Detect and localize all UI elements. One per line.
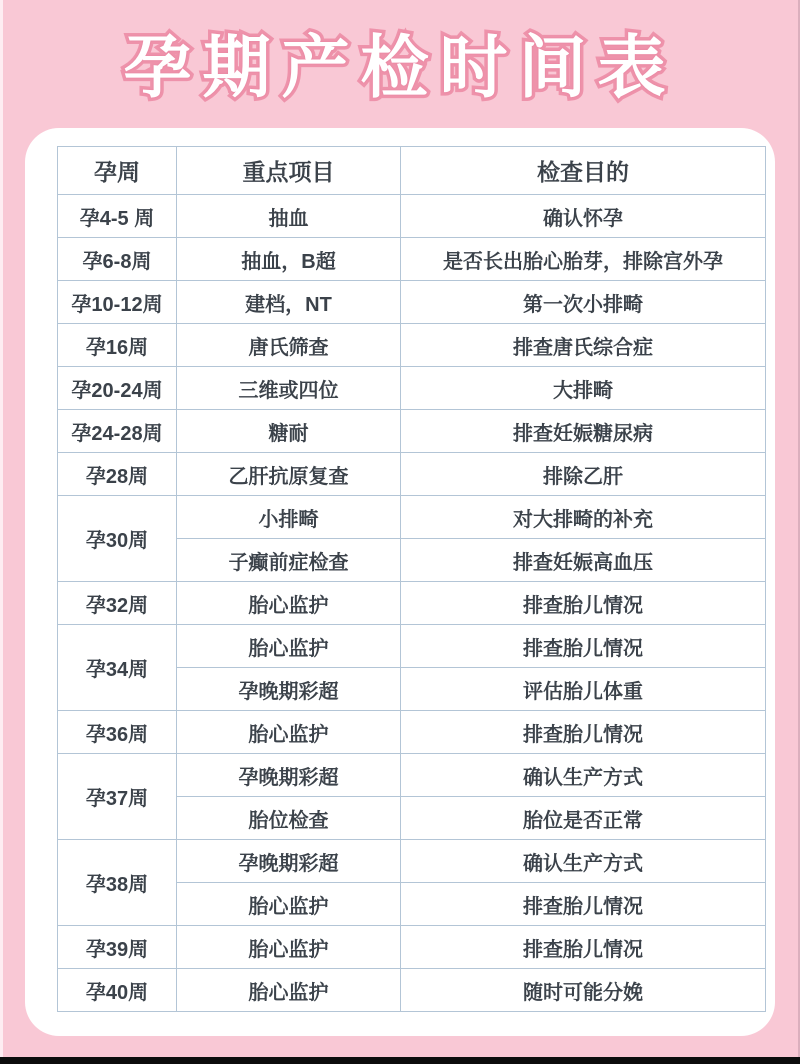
item-cell: 唐氏筛查 xyxy=(177,324,401,367)
purpose-cell: 排查唐氏综合症 xyxy=(401,324,766,367)
table-card: 孕周 重点项目 检查目的 孕4-5 周抽血确认怀孕孕6-8周抽血，B超是否长出胎… xyxy=(25,128,775,1036)
purpose-cell: 排查胎儿情况 xyxy=(401,582,766,625)
table-row: 孕28周乙肝抗原复查排除乙肝 xyxy=(58,453,766,496)
header-item: 重点项目 xyxy=(177,147,401,195)
item-cell: 孕晚期彩超 xyxy=(177,668,401,711)
item-cell: 孕晚期彩超 xyxy=(177,754,401,797)
item-cell: 抽血 xyxy=(177,195,401,238)
table-row: 孕20-24周三维或四位大排畸 xyxy=(58,367,766,410)
purpose-cell: 排查妊娠高血压 xyxy=(401,539,766,582)
week-cell: 孕4-5 周 xyxy=(58,195,177,238)
table-row: 孕16周唐氏筛查排查唐氏综合症 xyxy=(58,324,766,367)
purpose-cell: 随时可能分娩 xyxy=(401,969,766,1012)
table-row: 孕24-28周糖耐排查妊娠糖尿病 xyxy=(58,410,766,453)
purpose-cell: 胎位是否正常 xyxy=(401,797,766,840)
item-cell: 三维或四位 xyxy=(177,367,401,410)
week-cell: 孕40周 xyxy=(58,969,177,1012)
table-row: 孕30周小排畸对大排畸的补充 xyxy=(58,496,766,539)
purpose-cell: 确认生产方式 xyxy=(401,754,766,797)
purpose-cell: 大排畸 xyxy=(401,367,766,410)
item-cell: 子癫前症检查 xyxy=(177,539,401,582)
item-cell: 建档，NT xyxy=(177,281,401,324)
purpose-cell: 排查胎儿情况 xyxy=(401,926,766,969)
week-cell: 孕38周 xyxy=(58,840,177,926)
table-row: 孕10-12周建档，NT第一次小排畸 xyxy=(58,281,766,324)
purpose-cell: 排查胎儿情况 xyxy=(401,625,766,668)
item-cell: 小排畸 xyxy=(177,496,401,539)
week-cell: 孕6-8周 xyxy=(58,238,177,281)
bottom-black-bar xyxy=(0,1057,800,1064)
item-cell: 抽血，B超 xyxy=(177,238,401,281)
purpose-cell: 排除乙肝 xyxy=(401,453,766,496)
week-cell: 孕32周 xyxy=(58,582,177,625)
table-row: 孕6-8周抽血，B超是否长出胎心胎芽，排除宫外孕 xyxy=(58,238,766,281)
item-cell: 胎心监护 xyxy=(177,926,401,969)
week-cell: 孕20-24周 xyxy=(58,367,177,410)
table-row: 孕39周胎心监护排查胎儿情况 xyxy=(58,926,766,969)
header-week: 孕周 xyxy=(58,147,177,195)
table-row: 孕36周胎心监护排查胎儿情况 xyxy=(58,711,766,754)
purpose-cell: 确认生产方式 xyxy=(401,840,766,883)
item-cell: 胎心监护 xyxy=(177,969,401,1012)
table-row: 孕37周孕晚期彩超确认生产方式 xyxy=(58,754,766,797)
week-cell: 孕24-28周 xyxy=(58,410,177,453)
table-row: 孕40周胎心监护随时可能分娩 xyxy=(58,969,766,1012)
item-cell: 胎心监护 xyxy=(177,883,401,926)
week-cell: 孕30周 xyxy=(58,496,177,582)
item-cell: 乙肝抗原复查 xyxy=(177,453,401,496)
purpose-cell: 第一次小排畸 xyxy=(401,281,766,324)
week-cell: 孕34周 xyxy=(58,625,177,711)
week-cell: 孕39周 xyxy=(58,926,177,969)
item-cell: 胎心监护 xyxy=(177,625,401,668)
page-title-text: 孕期产检时间表 xyxy=(123,14,676,111)
purpose-cell: 确认怀孕 xyxy=(401,195,766,238)
item-cell: 胎心监护 xyxy=(177,582,401,625)
header-purpose: 检查目的 xyxy=(401,147,766,195)
checkup-table-header: 孕周 重点项目 检查目的 xyxy=(58,147,766,195)
week-cell: 孕10-12周 xyxy=(58,281,177,324)
item-cell: 糖耐 xyxy=(177,410,401,453)
page-title: 孕期产检时间表 xyxy=(0,14,800,110)
week-cell: 孕37周 xyxy=(58,754,177,840)
table-row: 孕32周胎心监护排查胎儿情况 xyxy=(58,582,766,625)
purpose-cell: 排查胎儿情况 xyxy=(401,883,766,926)
item-cell: 胎心监护 xyxy=(177,711,401,754)
table-row: 孕4-5 周抽血确认怀孕 xyxy=(58,195,766,238)
purpose-cell: 评估胎儿体重 xyxy=(401,668,766,711)
purpose-cell: 排查妊娠糖尿病 xyxy=(401,410,766,453)
purpose-cell: 对大排畸的补充 xyxy=(401,496,766,539)
header-row: 孕周 重点项目 检查目的 xyxy=(58,147,766,195)
week-cell: 孕16周 xyxy=(58,324,177,367)
week-cell: 孕36周 xyxy=(58,711,177,754)
checkup-table-body: 孕4-5 周抽血确认怀孕孕6-8周抽血，B超是否长出胎心胎芽，排除宫外孕孕10-… xyxy=(58,195,766,1012)
item-cell: 孕晚期彩超 xyxy=(177,840,401,883)
purpose-cell: 排查胎儿情况 xyxy=(401,711,766,754)
item-cell: 胎位检查 xyxy=(177,797,401,840)
left-edge-strip xyxy=(0,0,3,1064)
purpose-cell: 是否长出胎心胎芽，排除宫外孕 xyxy=(401,238,766,281)
checkup-table: 孕周 重点项目 检查目的 孕4-5 周抽血确认怀孕孕6-8周抽血，B超是否长出胎… xyxy=(57,146,766,1012)
table-row: 孕34周胎心监护排查胎儿情况 xyxy=(58,625,766,668)
table-row: 孕38周孕晚期彩超确认生产方式 xyxy=(58,840,766,883)
week-cell: 孕28周 xyxy=(58,453,177,496)
